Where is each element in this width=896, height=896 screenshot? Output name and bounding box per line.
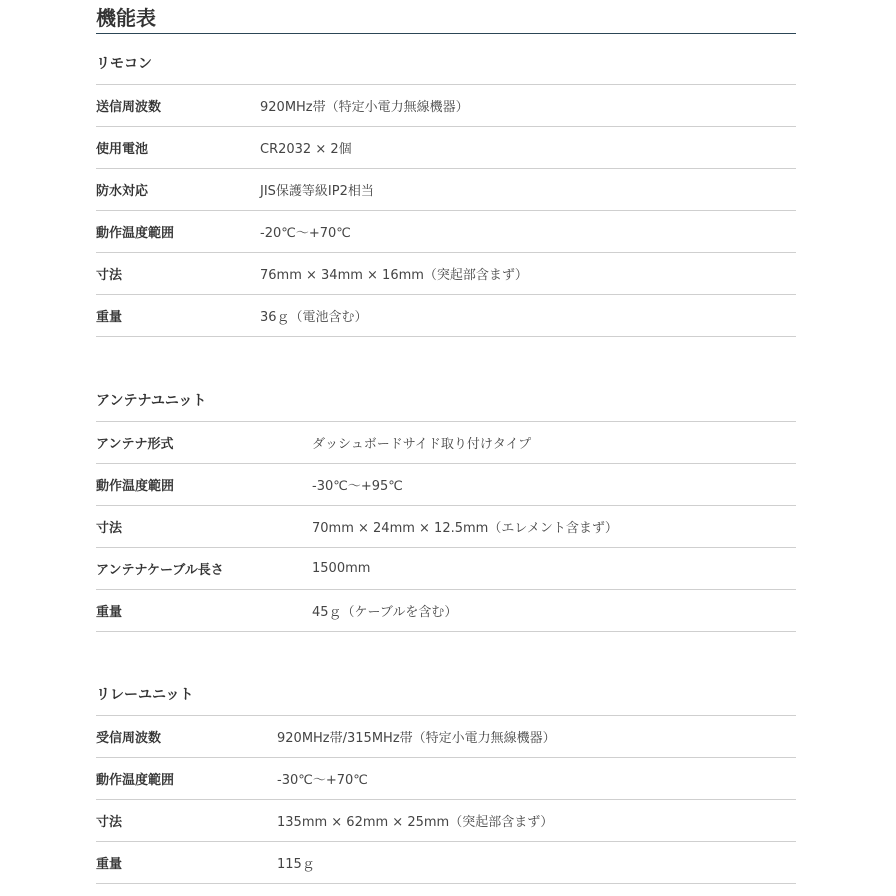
row-label: 寸法: [96, 517, 312, 536]
table-row: 動作温度範囲 -20℃～+70℃: [96, 211, 796, 253]
row-label: 動作温度範囲: [96, 222, 260, 241]
table-row: 寸法 76mm × 34mm × 16mm（突起部含まず）: [96, 253, 796, 295]
row-label: 送信周波数: [96, 96, 260, 115]
row-label: 重量: [96, 853, 277, 872]
table-row: 動作温度範囲 -30℃～+70℃: [96, 758, 796, 800]
row-label: 重量: [96, 601, 312, 620]
title-divider: [96, 33, 796, 34]
row-value: 70mm × 24mm × 12.5mm（エレメント含まず）: [312, 517, 618, 536]
table-row: 送信周波数 920MHz帯（特定小電力無線機器）: [96, 85, 796, 127]
row-label: 寸法: [96, 264, 260, 283]
row-value: 36ｇ（電池含む）: [260, 306, 368, 325]
table-row: 重量 115ｇ: [96, 842, 796, 884]
table-row: アンテナケーブル長さ 1500mm: [96, 548, 796, 590]
row-value: -20℃～+70℃: [260, 222, 351, 241]
row-label: 動作温度範囲: [96, 769, 277, 788]
row-value: 920MHz帯/315MHz帯（特定小電力無線機器）: [277, 727, 556, 746]
row-label: 使用電池: [96, 138, 260, 157]
row-label: アンテナケーブル長さ: [96, 559, 312, 578]
row-value: 45ｇ（ケーブルを含む）: [312, 601, 457, 620]
table-row: 動作温度範囲 -30℃～+95℃: [96, 464, 796, 506]
row-label: 動作温度範囲: [96, 475, 312, 494]
row-value: 920MHz帯（特定小電力無線機器）: [260, 96, 469, 115]
row-value: ダッシュボードサイド取り付けタイプ: [312, 433, 531, 452]
row-label: 受信周波数: [96, 727, 277, 746]
section-relay-unit: リレーユニット 受信周波数 920MHz帯/315MHz帯（特定小電力無線機器）…: [96, 674, 796, 884]
row-value: 115ｇ: [277, 853, 315, 872]
section-remote: リモコン 送信周波数 920MHz帯（特定小電力無線機器） 使用電池 CR203…: [96, 43, 796, 337]
table-row: 寸法 135mm × 62mm × 25mm（突起部含まず）: [96, 800, 796, 842]
row-value: -30℃～+70℃: [277, 769, 368, 788]
table-row: 寸法 70mm × 24mm × 12.5mm（エレメント含まず）: [96, 506, 796, 548]
row-value: 76mm × 34mm × 16mm（突起部含まず）: [260, 264, 528, 283]
section-heading: リモコン: [96, 43, 796, 85]
row-value: JIS保護等級IP2相当: [260, 180, 374, 199]
page-title: 機能表: [96, 4, 796, 32]
table-row: 重量 45ｇ（ケーブルを含む）: [96, 590, 796, 632]
row-label: アンテナ形式: [96, 433, 312, 452]
section-heading: アンテナユニット: [96, 380, 796, 422]
section-heading: リレーユニット: [96, 674, 796, 716]
table-row: 使用電池 CR2032 × 2個: [96, 127, 796, 169]
row-label: 重量: [96, 306, 260, 325]
table-row: 受信周波数 920MHz帯/315MHz帯（特定小電力無線機器）: [96, 716, 796, 758]
row-value: -30℃～+95℃: [312, 475, 403, 494]
row-label: 防水対応: [96, 180, 260, 199]
row-value: 1500mm: [312, 561, 370, 576]
row-label: 寸法: [96, 811, 277, 830]
table-row: 重量 36ｇ（電池含む）: [96, 295, 796, 337]
table-row: 防水対応 JIS保護等級IP2相当: [96, 169, 796, 211]
table-row: アンテナ形式 ダッシュボードサイド取り付けタイプ: [96, 422, 796, 464]
section-antenna-unit: アンテナユニット アンテナ形式 ダッシュボードサイド取り付けタイプ 動作温度範囲…: [96, 380, 796, 632]
row-value: 135mm × 62mm × 25mm（突起部含まず）: [277, 811, 553, 830]
row-value: CR2032 × 2個: [260, 138, 352, 157]
